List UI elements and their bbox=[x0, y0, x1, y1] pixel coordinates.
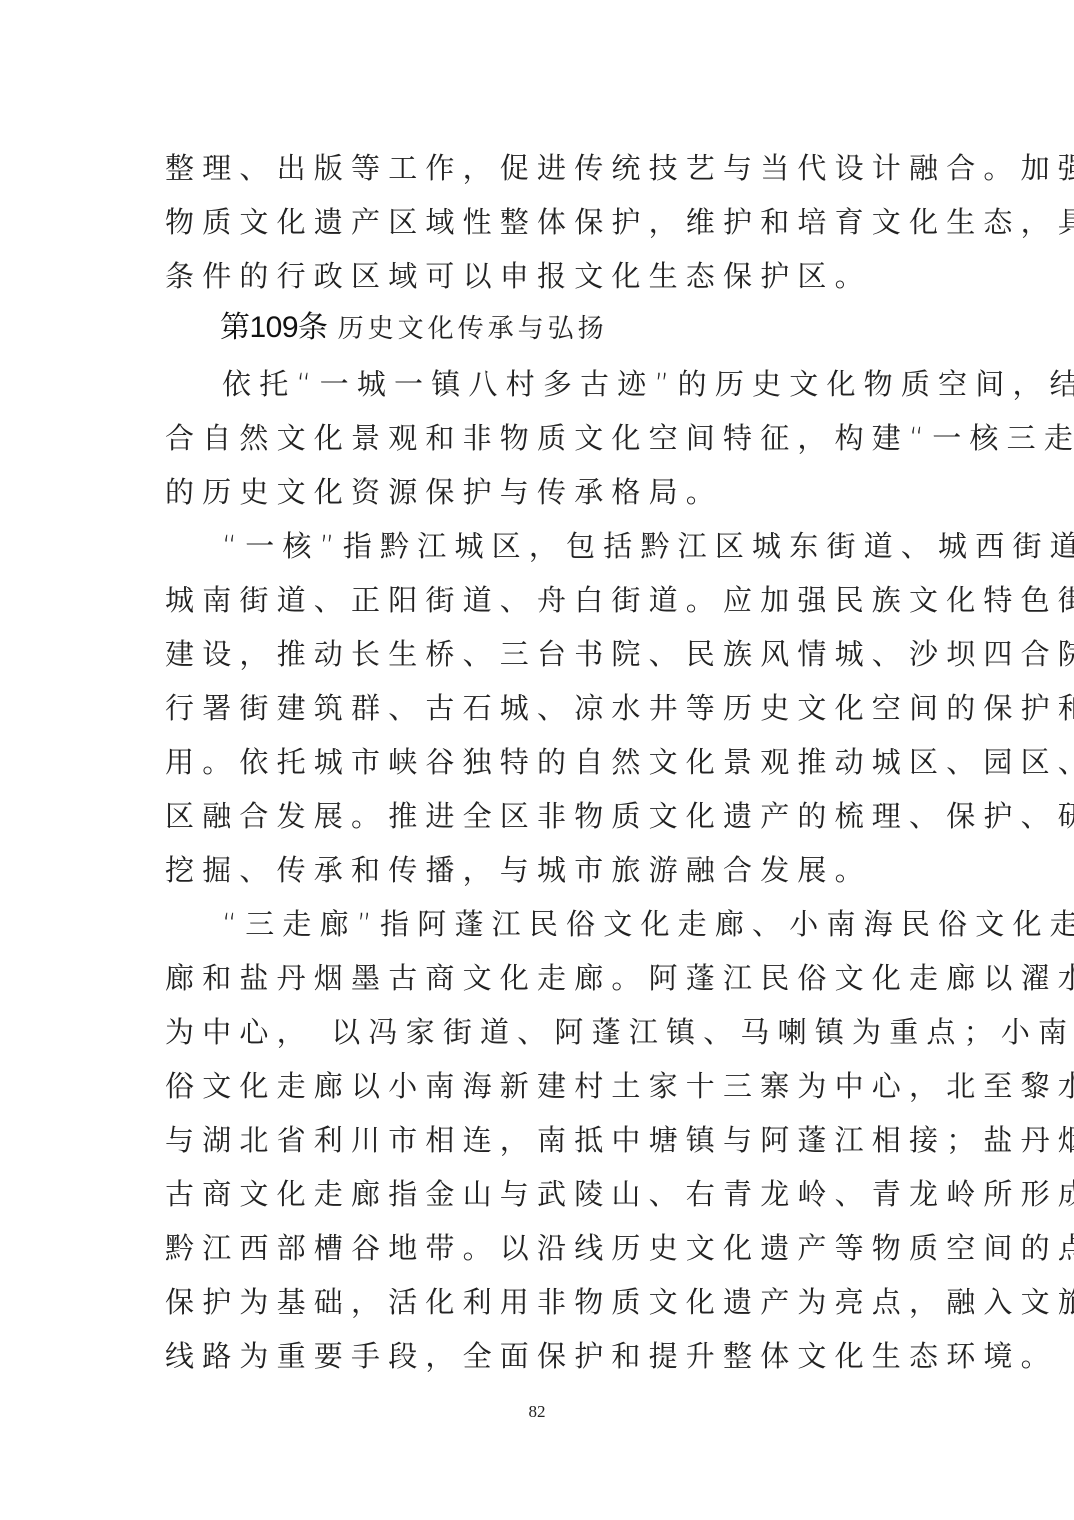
text-line: 黔江西部槽谷地带。以沿线历史文化遗产等物质空间的点状 bbox=[165, 1228, 925, 1268]
article-title: 历史文化传承与弘扬 bbox=[338, 314, 608, 344]
text-line: 用。依托城市峡谷独特的自然文化景观推动城区、园区、景 bbox=[165, 742, 925, 782]
text-line: 依托“一城一镇八村多古迹”的历史文化物质空间，结 bbox=[222, 364, 982, 404]
text-line: 合自然文化景观和非物质文化空间特征，构建“一核三走廊” bbox=[165, 418, 925, 458]
text-line: 的历史文化资源保护与传承格局。 bbox=[165, 472, 925, 512]
text-line: 古商文化走廊指金山与武陵山、右青龙岭、青龙岭所形成的 bbox=[165, 1174, 925, 1214]
text-line: 区融合发展。推进全区非物质文化遗产的梳理、保护、研究、 bbox=[165, 796, 925, 836]
text-line: 城南街道、正阳街道、舟白街道。应加强民族文化特色街区 bbox=[165, 580, 925, 620]
text-line: 线路为重要手段，全面保护和提升整体文化生态环境。 bbox=[165, 1336, 925, 1376]
text-line: 物质文化遗产区域性整体保护，维护和培育文化生态，具备 bbox=[165, 202, 925, 242]
text-line: 行署街建筑群、古石城、凉水井等历史文化空间的保护和利 bbox=[165, 688, 925, 728]
article-number: 第109条 bbox=[220, 311, 328, 344]
page-number: 82 bbox=[0, 1402, 1074, 1422]
text-line: 挖掘、传承和传播，与城市旅游融合发展。 bbox=[165, 850, 925, 890]
text-line: “一核”指黔江城区，包括黔江区城东街道、城西街道、 bbox=[222, 526, 982, 566]
text-line: 与湖北省利川市相连，南抵中塘镇与阿蓬江相接；盐丹烟墨 bbox=[165, 1120, 925, 1160]
text-line: 建设，推动长生桥、三台书院、民族风情城、沙坝四合院、 bbox=[165, 634, 925, 674]
text-line: “三走廊”指阿蓬江民俗文化走廊、小南海民俗文化走 bbox=[222, 904, 982, 944]
article-heading: 第109条历史文化传承与弘扬 bbox=[220, 306, 608, 350]
text-line: 为中心， 以冯家街道、阿蓬江镇、马喇镇为重点；小南海民 bbox=[165, 1012, 925, 1052]
text-line: 俗文化走廊以小南海新建村土家十三寨为中心，北至黎水镇 bbox=[165, 1066, 925, 1106]
text-line: 整理、出版等工作，促进传统技艺与当代设计融合。加强非 bbox=[165, 148, 925, 188]
text-line: 保护为基础，活化利用非物质文化遗产为亮点，融入文旅游 bbox=[165, 1282, 925, 1322]
text-line: 廊和盐丹烟墨古商文化走廊。阿蓬江民俗文化走廊以濯水镇 bbox=[165, 958, 925, 998]
document-page: 整理、出版等工作，促进传统技艺与当代设计融合。加强非 物质文化遗产区域性整体保护… bbox=[0, 0, 1074, 1520]
text-line: 条件的行政区域可以申报文化生态保护区。 bbox=[165, 256, 925, 296]
